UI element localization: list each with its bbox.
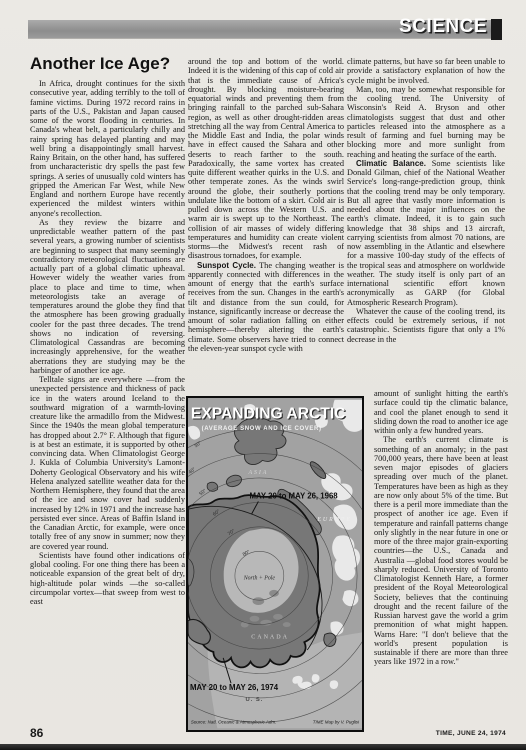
paragraph-lead: Climatic Balance. <box>356 159 426 168</box>
paragraph: climate patterns, but have so far been u… <box>347 57 505 85</box>
article-column-1: In Africa, drought continues for the six… <box>30 79 185 729</box>
date-1968: MAY 20 to MAY 26, 1968 <box>249 492 338 501</box>
section-banner: SCIENCE <box>28 20 500 38</box>
section-label: SCIENCE <box>399 16 487 38</box>
label-europe: EUROPE <box>316 517 352 523</box>
label-asia: ASIA <box>247 470 268 476</box>
paragraph: As they review the bizarre and unpredict… <box>30 218 185 375</box>
arctic-map-svg: EXPANDING ARCTIC EXPANDING ARCTIC (AVERA… <box>188 398 362 730</box>
paragraph: Whatever the cause of the cooling trend,… <box>347 307 505 344</box>
banner-end-block <box>491 19 502 40</box>
paragraph: Climatic Balance. Some scientists like D… <box>347 159 505 307</box>
paragraph: Sunspot Cycle. The changing weather is a… <box>188 261 344 354</box>
paragraph: Telltale signs are everywhere —from the … <box>30 375 185 551</box>
label-north-pole: North + Pole <box>243 576 276 582</box>
map-credit: TIME Map by V. Puglisi <box>313 719 360 724</box>
paragraph-text: The changing weather is apparently conne… <box>188 261 344 353</box>
paragraph: Scientists have found other indications … <box>30 551 185 607</box>
date-1974: MAY 20 to MAY 26, 1974 <box>190 683 279 692</box>
map-subtitle: (AVERAGE SNOW AND ICE COVER) <box>202 426 322 432</box>
paragraph: In Africa, drought continues for the six… <box>30 79 185 218</box>
paragraph: Man, too, may be somewhat responsible fo… <box>347 85 505 159</box>
paragraph-text: Some scientists like Donald Gilman, chie… <box>347 159 505 307</box>
article-column-2: around the top and bottom of the world. … <box>188 57 344 394</box>
paragraph: amount of sunlight hitting the earth's s… <box>374 389 508 435</box>
bottom-edge-bar <box>0 744 526 750</box>
article-title: Another Ice Age? <box>30 54 170 74</box>
magazine-page: SCIENCE Another Ice Age? In Africa, drou… <box>0 0 526 750</box>
footer-issue-date: TIME, JUNE 24, 1974 <box>330 730 506 737</box>
page-number: 86 <box>30 726 43 740</box>
arctic-map: EXPANDING ARCTIC EXPANDING ARCTIC (AVERA… <box>186 396 364 732</box>
map-source: Source: Natl. Oceanic & Atmospheric Adm. <box>191 719 276 724</box>
paragraph: The earth's current climate is something… <box>374 435 508 666</box>
map-title: EXPANDING ARCTIC <box>191 405 346 422</box>
paragraph: around the top and bottom of the world. … <box>188 57 344 261</box>
article-column-3-lower: amount of sunlight hitting the earth's s… <box>374 389 508 733</box>
label-us: U. S. <box>246 697 264 703</box>
label-canada: CANADA <box>251 634 289 640</box>
paragraph-lead: Sunspot Cycle. <box>197 261 256 270</box>
article-column-3-upper: climate patterns, but have so far been u… <box>347 57 505 388</box>
